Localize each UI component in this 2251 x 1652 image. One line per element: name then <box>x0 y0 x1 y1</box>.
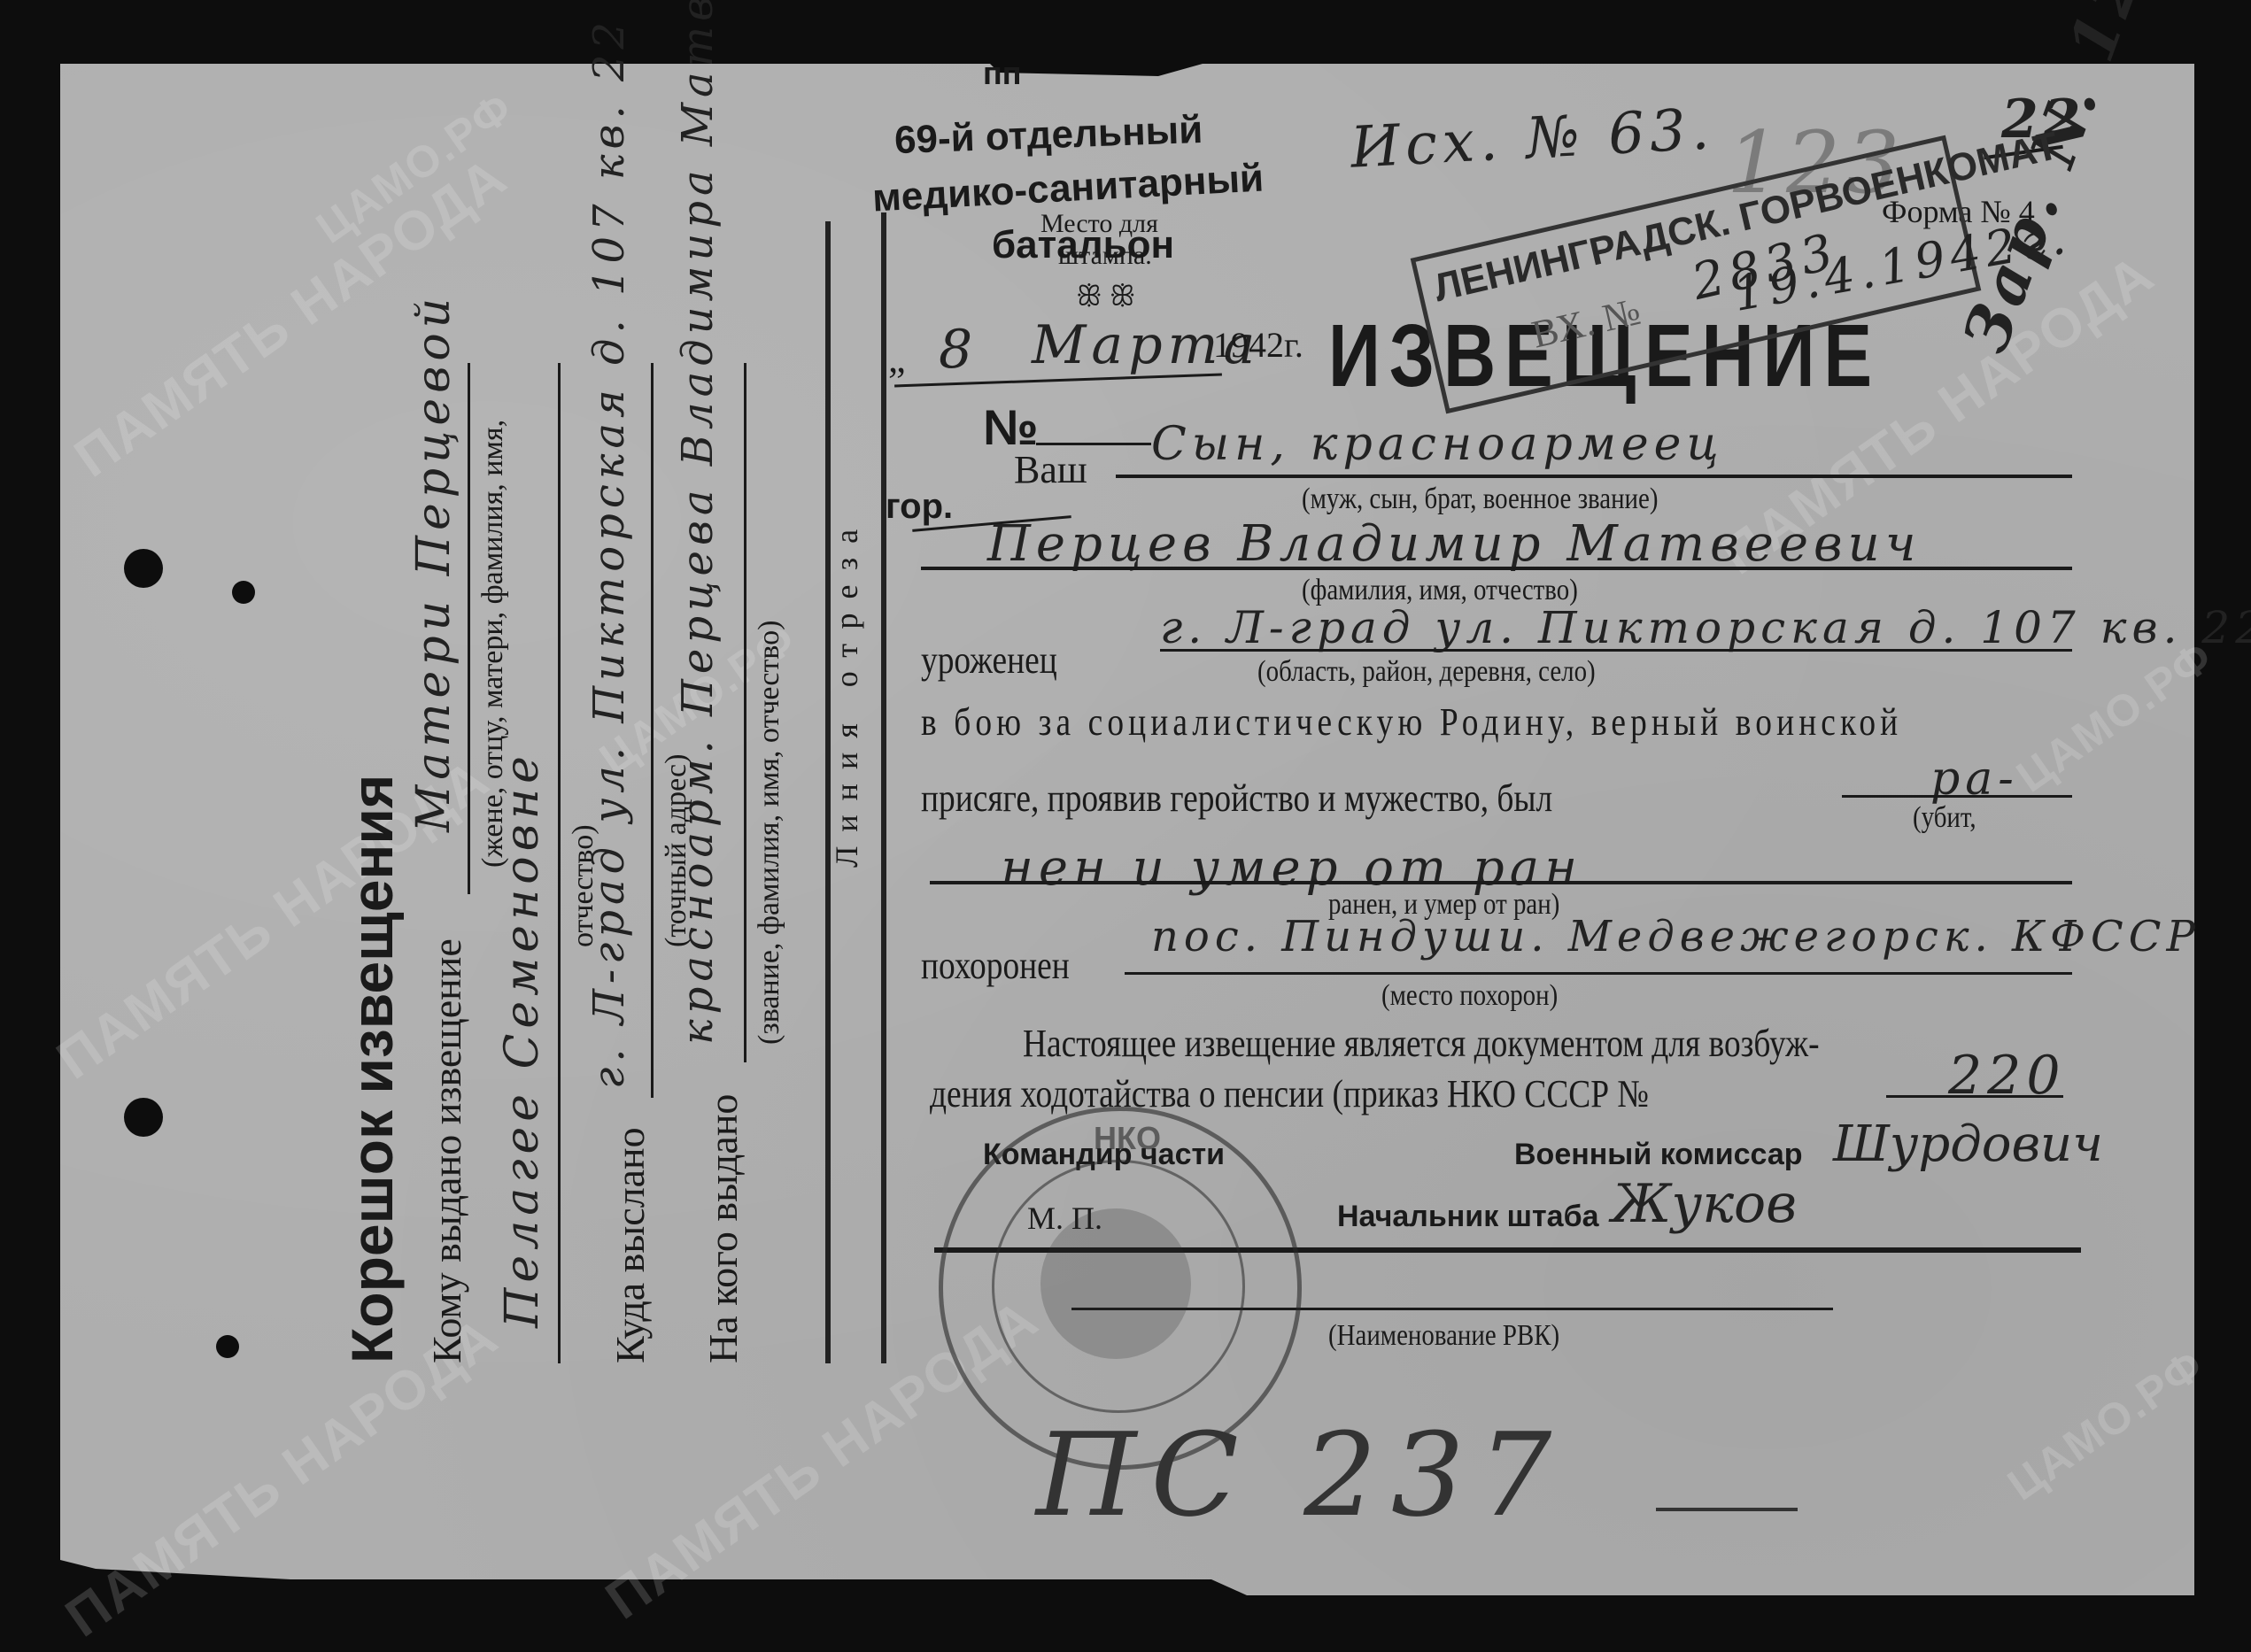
date-year: 1942г. <box>1213 324 1303 366</box>
rvk-caption: (Наименование РВК) <box>1328 1319 1559 1353</box>
ornament-icon: ꕥ ꕥ <box>1076 280 1135 313</box>
pension-line-1: Настоящее извещение является документом … <box>1023 1021 1820 1066</box>
status-line-1 <box>1842 795 2072 798</box>
name-value: Перцев Владимир Матвеевич <box>987 515 1922 573</box>
stamp-place-label-2: штампа. <box>1058 241 1152 271</box>
bottom-note: ПС 237 <box>1036 1408 1566 1542</box>
sentence-line-1: в бою за социалистическую Родину, верный… <box>921 699 1902 745</box>
stub-about-caption: (звание, фамилия, имя, отчество) <box>753 621 786 1045</box>
stub-title: Корешок извещения <box>338 775 406 1363</box>
status-value-1: ра- <box>1930 753 2019 806</box>
stub-section: Корешок извещения Кому выдано извещение … <box>319 354 886 1363</box>
stamp-place-label-1: Место для <box>1040 209 1158 239</box>
status-line-2 <box>930 881 2072 884</box>
order-line <box>1886 1095 2063 1098</box>
header-top-fragment: пп <box>983 55 1022 92</box>
stub-issued-to-label: Кому выдано извещение <box>423 938 470 1363</box>
stub-issued-to-value: Матери Перцевой <box>407 293 460 832</box>
chief-signature: Жуков <box>1612 1173 1797 1235</box>
relation-caption: (муж, сын, брат, военное звание) <box>1302 482 1658 516</box>
your-label: Ваш <box>1014 447 1087 492</box>
punch-hole <box>232 581 255 604</box>
relation-value: Сын, красноармеец <box>1151 418 1724 471</box>
buried-label: похоронен <box>921 943 1070 988</box>
cut-line-right <box>881 212 886 1363</box>
date-day: 8 <box>939 319 978 381</box>
stub-about-line <box>744 363 746 1062</box>
buried-caption: (место похорон) <box>1381 979 1558 1013</box>
stub-sent-to-value: г. Л-град ул. Пикторская д. 107 кв. 22 <box>584 17 634 1089</box>
stub-issued-to-value-2: Пелагее Семеновне <box>496 751 549 1328</box>
punch-hole <box>124 549 163 588</box>
bottom-note-tail <box>1656 1508 1798 1511</box>
native-caption: (область, район, деревня, село) <box>1257 655 1596 689</box>
commissar-label: Военный комиссар <box>1514 1138 1803 1172</box>
sentence-line-2: присяге, проявив геройство и мужество, б… <box>921 776 1552 821</box>
stub-sent-to-label: Куда выслано <box>607 1127 654 1363</box>
buried-value: пос. Пиндуши. Медвежегорск. КФССР <box>1151 912 2201 961</box>
number-line-crossed <box>1036 443 1151 445</box>
cut-line-left <box>825 221 831 1363</box>
stub-issued-to-line <box>468 363 470 894</box>
round-seal-top-text: НКО <box>1094 1120 1161 1157</box>
registration-incoming-label: ВХ. № <box>1528 289 1644 358</box>
chief-of-staff-label: Начальник штаба <box>1337 1200 1598 1234</box>
stub-issued-to-line-2 <box>558 363 561 1363</box>
punch-hole <box>216 1335 239 1358</box>
status-caption-1: (убит, <box>1913 801 1976 835</box>
pension-line-2: дения ходотайства о пенсии (приказ НКО С… <box>930 1071 1649 1116</box>
stub-about-label: На кого выдано <box>700 1094 746 1363</box>
native-line <box>1160 649 2072 652</box>
stub-about-value: красноарм. Перцева Владимира Матвеевича <box>673 0 723 1045</box>
cut-line-label: Линия отреза <box>828 515 865 868</box>
punch-hole <box>124 1098 163 1137</box>
buried-line <box>1125 972 2072 975</box>
date-prefix: „ <box>888 336 906 382</box>
relation-line <box>1116 475 2072 478</box>
native-value: г. Л-град ул. Пикторская д. 107 кв. 22 <box>1160 602 2251 653</box>
native-label: уроженец <box>921 637 1057 683</box>
coat-of-arms-icon <box>1040 1208 1191 1359</box>
city-label: гор. <box>886 487 953 527</box>
stub-sent-to-line <box>651 363 654 1098</box>
commissar-signature: Шурдович <box>1833 1115 2103 1173</box>
name-line <box>921 567 2072 570</box>
